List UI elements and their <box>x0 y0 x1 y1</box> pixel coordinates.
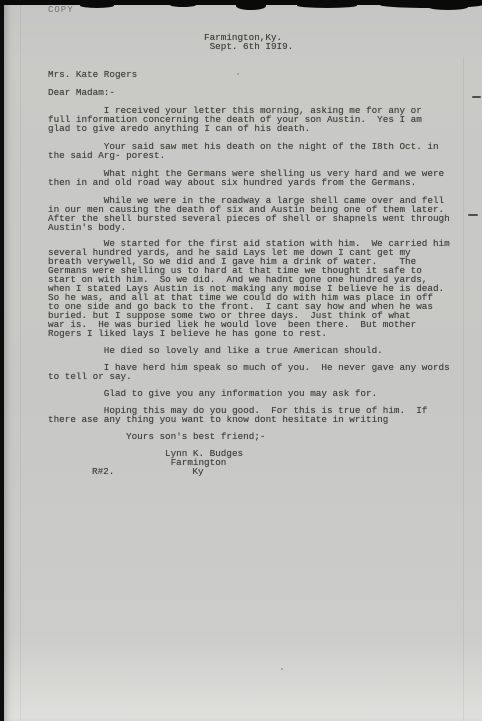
copy-stamp: COPY <box>48 5 74 15</box>
torn-top-edge <box>170 3 196 7</box>
paper: COPY Farmington,Ky. Sept. 6th I9I9. Mrs.… <box>4 2 482 721</box>
signature-route-line: R#2. Ky <box>92 467 468 476</box>
paper-speck <box>237 73 239 75</box>
margin-dash-mark <box>472 96 481 98</box>
torn-top-edge <box>80 3 114 8</box>
paragraph: We started for the first aid station wit… <box>48 239 468 338</box>
letter-body: Farmington,Ky. Sept. 6th I9I9. Mrs. Kate… <box>48 30 468 476</box>
recipient-line: Mrs. Kate Rogers <box>48 70 468 79</box>
paragraph: I have herd him speak so much of you. He… <box>48 363 468 381</box>
paragraph: He died so lovely and like a true Americ… <box>48 346 468 355</box>
paper-edge-shading <box>20 2 21 721</box>
torn-top-edge <box>297 3 357 8</box>
closing-line: Yours son's best friend;- <box>126 432 468 441</box>
paper-speck <box>281 668 283 670</box>
signature-block: Lynn K. Budges Farmington <box>165 449 468 467</box>
paragraph: I received your letter this morning, ask… <box>48 106 468 133</box>
paragraph: What night the Germans were shelling us … <box>48 169 468 187</box>
paragraph: Glad to give you any information you may… <box>48 389 468 398</box>
torn-top-edge <box>428 4 468 10</box>
torn-top-edge <box>236 2 266 10</box>
photo-background: COPY Farmington,Ky. Sept. 6th I9I9. Mrs.… <box>0 0 482 721</box>
dateline: Farmington,Ky. Sept. 6th I9I9. <box>204 33 468 51</box>
salutation: Dear Madam:- <box>48 88 468 97</box>
paragraph: While we were in the roadway a large she… <box>48 196 468 232</box>
paragraph: Your said saw met his death on the night… <box>48 142 468 160</box>
margin-dash-mark <box>468 214 478 216</box>
paragraph: Hoping this may do you good. For this is… <box>48 406 468 424</box>
